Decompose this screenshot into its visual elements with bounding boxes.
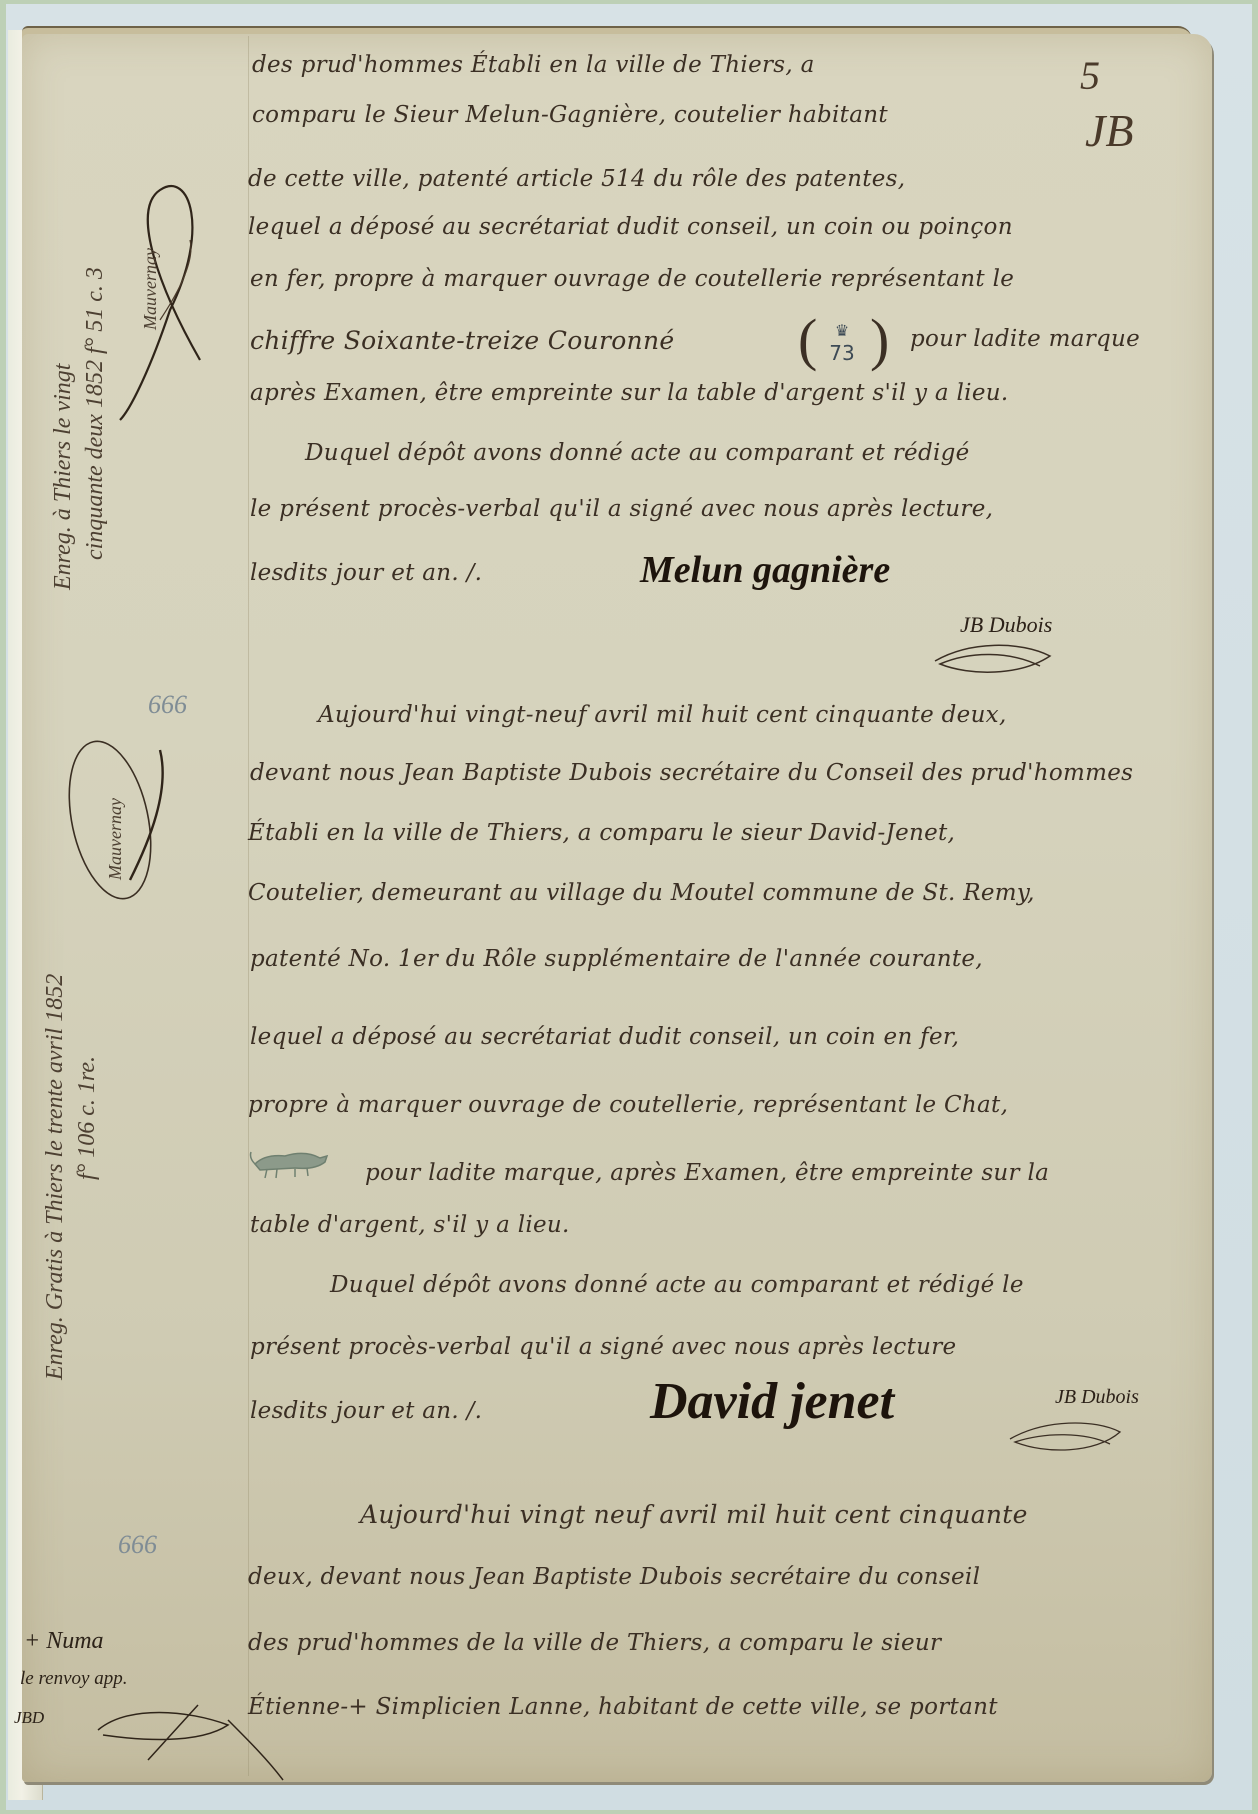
pencil-note-1: 666: [148, 690, 187, 720]
entry-3-line: Aujourd'hui vingt neuf avril mil huit ce…: [360, 1500, 1028, 1529]
signature-david-jenet: David jenet: [650, 1372, 894, 1431]
entry-1-line: de cette ville, patenté article 514 du r…: [248, 166, 905, 192]
entry-2-line: Coutelier, demeurant au village du Moute…: [248, 880, 1035, 906]
crown-icon: ♛: [818, 320, 866, 342]
margin-registration-note-1: Enreg. à Thiers le vingt: [50, 364, 77, 590]
receiver-signature-1: Mauvernay: [140, 248, 161, 330]
pencil-note-2: 666: [118, 1530, 157, 1560]
cat-mark-stamp-icon: [245, 1142, 335, 1182]
entry-1-line: pour ladite marque: [910, 326, 1140, 352]
renvoi-note-approved: le renvoy app.: [20, 1668, 127, 1690]
entry-2-line: lequel a déposé au secrétariat dudit con…: [250, 1024, 959, 1050]
renvoi-signature-flourish: [88, 1700, 288, 1790]
signature-jb-dubois: JB Dubois: [960, 612, 1052, 638]
entry-2-line: patenté No. 1er du Rôle supplémentaire d…: [250, 946, 983, 972]
entry-3-line: deux, devant nous Jean Baptiste Dubois s…: [248, 1564, 980, 1590]
entry-1-line: lesdits jour et an. /.: [250, 560, 482, 586]
folio-number: 5: [1080, 52, 1100, 99]
entry-1-line: après Examen, être empreinte sur la tabl…: [250, 380, 1008, 406]
signature-jb-dubois: JB Dubois: [1055, 1386, 1139, 1409]
entry-1-line: des prud'hommes Établi en la ville de Th…: [252, 52, 815, 78]
entry-3-line: des prud'hommes de la ville de Thiers, a…: [248, 1630, 941, 1656]
entry-2-line: lesdits jour et an. /.: [250, 1398, 482, 1424]
stamp-number: 73: [829, 341, 854, 365]
margin-registration-note-2: Enreg. Gratis à Thiers le trente avril 1…: [42, 974, 69, 1380]
entry-1-line: chiffre Soixante-treize Couronné: [250, 326, 674, 355]
entry-2-line: Duquel dépôt avons donné acte au compara…: [330, 1272, 1024, 1298]
folio-monogram: JB: [1085, 104, 1134, 157]
entry-1-line: le présent procès-verbal qu'il a signé a…: [250, 496, 993, 522]
renvoi-note-initials: JBD: [14, 1708, 44, 1728]
entry-3-line: Étienne-+ Simplicien Lanne, habitant de …: [248, 1694, 998, 1720]
crowned-73-mark-stamp: ♛ 73: [818, 320, 866, 374]
stamp-bracket-open: (: [798, 306, 817, 373]
signature-melun-gagniere: Melun gagnière: [640, 548, 890, 592]
entry-1-line: en fer, propre à marquer ouvrage de cout…: [250, 266, 1014, 292]
entry-2-line: propre à marquer ouvrage de coutellerie,…: [248, 1092, 1008, 1118]
margin-registration-note-2b: f° 106 c. 1re.: [74, 1056, 101, 1180]
entry-2-line: devant nous Jean Baptiste Dubois secréta…: [250, 760, 1133, 786]
entry-2-line: Aujourd'hui vingt-neuf avril mil huit ce…: [318, 702, 1007, 728]
entry-1-line: Duquel dépôt avons donné acte au compara…: [305, 440, 970, 466]
stamp-bracket-close: ): [870, 306, 889, 373]
entry-2-line: présent procès-verbal qu'il a signé avec…: [250, 1334, 956, 1360]
entry-2-line: pour ladite marque, après Examen, être e…: [365, 1160, 1049, 1186]
signature-flourish: [930, 636, 1060, 686]
entry-2-line: table d'argent, s'il y a lieu.: [250, 1212, 570, 1238]
signature-flourish: [1005, 1414, 1125, 1459]
entry-2-line: Établi en la ville de Thiers, a comparu …: [248, 820, 955, 846]
receiver-signature-2: Mauvernay: [105, 798, 126, 880]
margin-fold-line: [248, 36, 249, 1776]
entry-1-line: lequel a déposé au secrétariat dudit con…: [248, 214, 1013, 240]
renvoi-note-numa: + Numa: [24, 1628, 104, 1655]
entry-1-line: comparu le Sieur Melun-Gagnière, couteli…: [252, 102, 888, 128]
